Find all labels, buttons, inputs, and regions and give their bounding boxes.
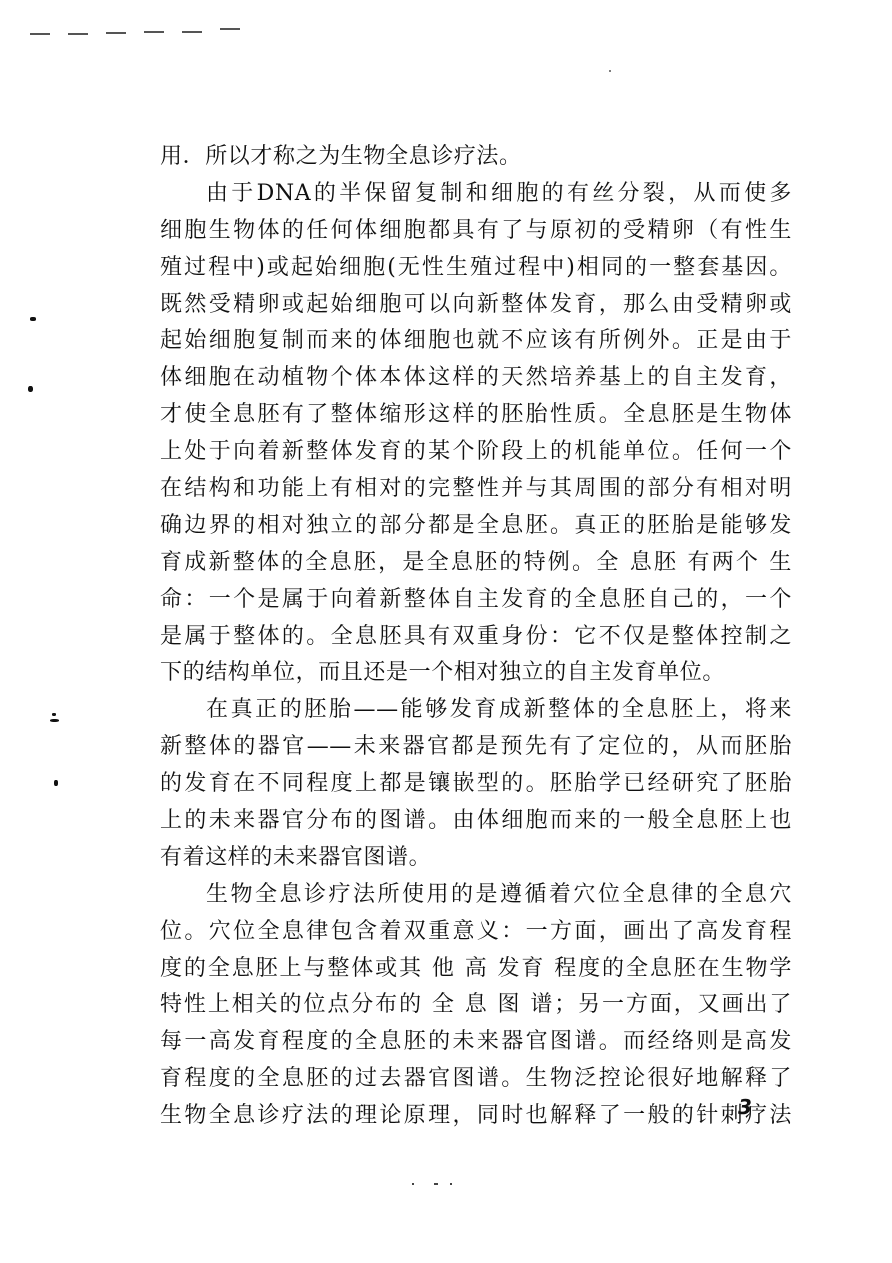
text-line: 既然受精卵或起始细胞可以向新整体发育，那么由受精卵或 xyxy=(160,287,792,324)
scan-speck xyxy=(434,1183,438,1185)
scan-speck xyxy=(756,1108,758,1110)
text-line: 在结构和功能上有相对的完整性并与其周围的部分有相对明 xyxy=(160,471,792,508)
text-line: 每一高发育程度的全息胚的未来器官图谱。而经络则是高发 xyxy=(160,1024,792,1061)
margin-mark xyxy=(52,713,56,716)
bottom-scan-specks xyxy=(412,1183,462,1187)
text-line: 上处于向着新整体发育的某个阶段上的机能单位。任何一个 xyxy=(160,434,792,471)
text-line: 下的结构单位，而且还是一个相对独立的自主发育单位。 xyxy=(160,655,792,692)
text-line: 命：一个是属于向着新整体自主发育的全息胚自己的，一个 xyxy=(160,582,792,619)
dash-mark xyxy=(182,31,202,33)
dash-mark xyxy=(106,32,126,34)
margin-mark xyxy=(54,780,58,786)
text-line: 新整体的器官——未来器官都是预先有了定位的，从而胚胎 xyxy=(160,729,792,766)
paragraph-start-line: 在真正的胚胎——能够发育成新整体的全息胚上，将来 xyxy=(160,692,792,729)
dash-mark xyxy=(220,28,240,30)
dash-mark xyxy=(144,31,164,33)
scan-speck xyxy=(412,1183,414,1185)
scan-speck xyxy=(609,70,611,72)
text-line: 确边界的相对独立的部分都是全息胚。真正的胚胎是能够发 xyxy=(160,508,792,545)
text-line: 上的未来器官分布的图谱。由体细胞而来的一般全息胚上也 xyxy=(160,803,792,840)
text-line: 用．所以才称之为生物全息诊疗法。 xyxy=(160,139,792,176)
text-line: 特性上相关的位点分布的 全 息 图 谱；另一方面，又画出了 xyxy=(160,987,792,1024)
margin-mark xyxy=(30,317,36,321)
margin-mark xyxy=(50,719,59,722)
text-line: 起始细胞复制而来的体细胞也就不应该有所例外。正是由于 xyxy=(160,323,792,360)
text-line: 的发育在不同程度上都是镶嵌型的。胚胎学已经研究了胚胎 xyxy=(160,766,792,803)
dash-mark xyxy=(30,33,50,35)
text-line: 度的全息胚上与整体或其 他 高 发育 程度的全息胚在生物学 xyxy=(160,951,792,988)
text-line: 才使全息胚有了整体缩形这样的胚胎性质。全息胚是生物体 xyxy=(160,397,792,434)
scan-speck xyxy=(450,1183,452,1185)
page-number: 3 xyxy=(738,1095,752,1119)
text-line: 殖过程中)或起始细胞(无性生殖过程中)相同的一整套基因。 xyxy=(160,250,792,287)
text-line: 是属于整体的。全息胚具有双重身份：它不仅是整体控制之 xyxy=(160,619,792,656)
text-line: 育程度的全息胚的过去器官图谱。生物泛控论很好地解释了 xyxy=(160,1061,792,1098)
dash-mark xyxy=(68,33,88,35)
body-text: 用．所以才称之为生物全息诊疗法。 由于DNA的半保留复制和细胞的有丝分裂，从而使… xyxy=(160,139,792,1135)
text-line: 生物全息诊疗法的理论原理，同时也解释了一般的针刺疗法 xyxy=(160,1098,792,1135)
text-line: 体细胞在动植物个体本体这样的天然培养基上的自主发育， xyxy=(160,360,792,397)
text-line: 育成新整体的全息胚，是全息胚的特例。全 息胚 有两个 生 xyxy=(160,545,792,582)
text-line: 位。穴位全息律包含着双重意义：一方面，画出了高发育程 xyxy=(160,914,792,951)
text-line: 细胞生物体的任何体细胞都具有了与原初的受精卵（有性生 xyxy=(160,213,792,250)
text-line: 有着这样的未来器官图谱。 xyxy=(160,840,792,877)
paragraph-start-line: 生物全息诊疗法所使用的是遵循着穴位全息律的全息穴 xyxy=(160,877,792,914)
paragraph-start-line: 由于DNA的半保留复制和细胞的有丝分裂，从而使多 xyxy=(160,176,792,213)
margin-mark xyxy=(28,386,33,392)
